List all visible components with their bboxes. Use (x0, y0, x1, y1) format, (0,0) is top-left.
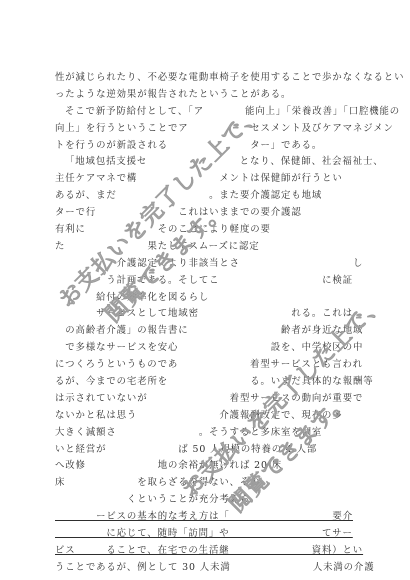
text-line: に応じて、随時「訪問」や てサー (55, 526, 373, 543)
text-line: ったような逆効果が報告されたということがある。 (55, 87, 373, 104)
text-line: 主任ケアマネで構 メントは保健師が行うとい (55, 171, 373, 188)
text-line: るが、今までの宅老所を る。いまだ具体的な報酬等 (55, 374, 373, 391)
document-page: 性が減じられたり、不必要な電動車椅子を使用することで歩かなくなるとい ったような… (0, 0, 410, 580)
text-line: 性が減じられたり、不必要な電動車椅子を使用することで歩かなくなるとい (55, 70, 373, 87)
text-line: くということが充分考えら (55, 492, 373, 509)
text-line: ービスの基本的な考え方は「 要介 (55, 509, 373, 526)
text-line: うことであるが、例として 30 人未満 人未満の介護 (55, 560, 373, 577)
text-line: ビス ることで、在宅での生活継 資料）とい (55, 543, 373, 560)
text-line: そこで新予防給付として、「ア 能向上」「栄養改善」「口腔機能の (55, 104, 373, 121)
